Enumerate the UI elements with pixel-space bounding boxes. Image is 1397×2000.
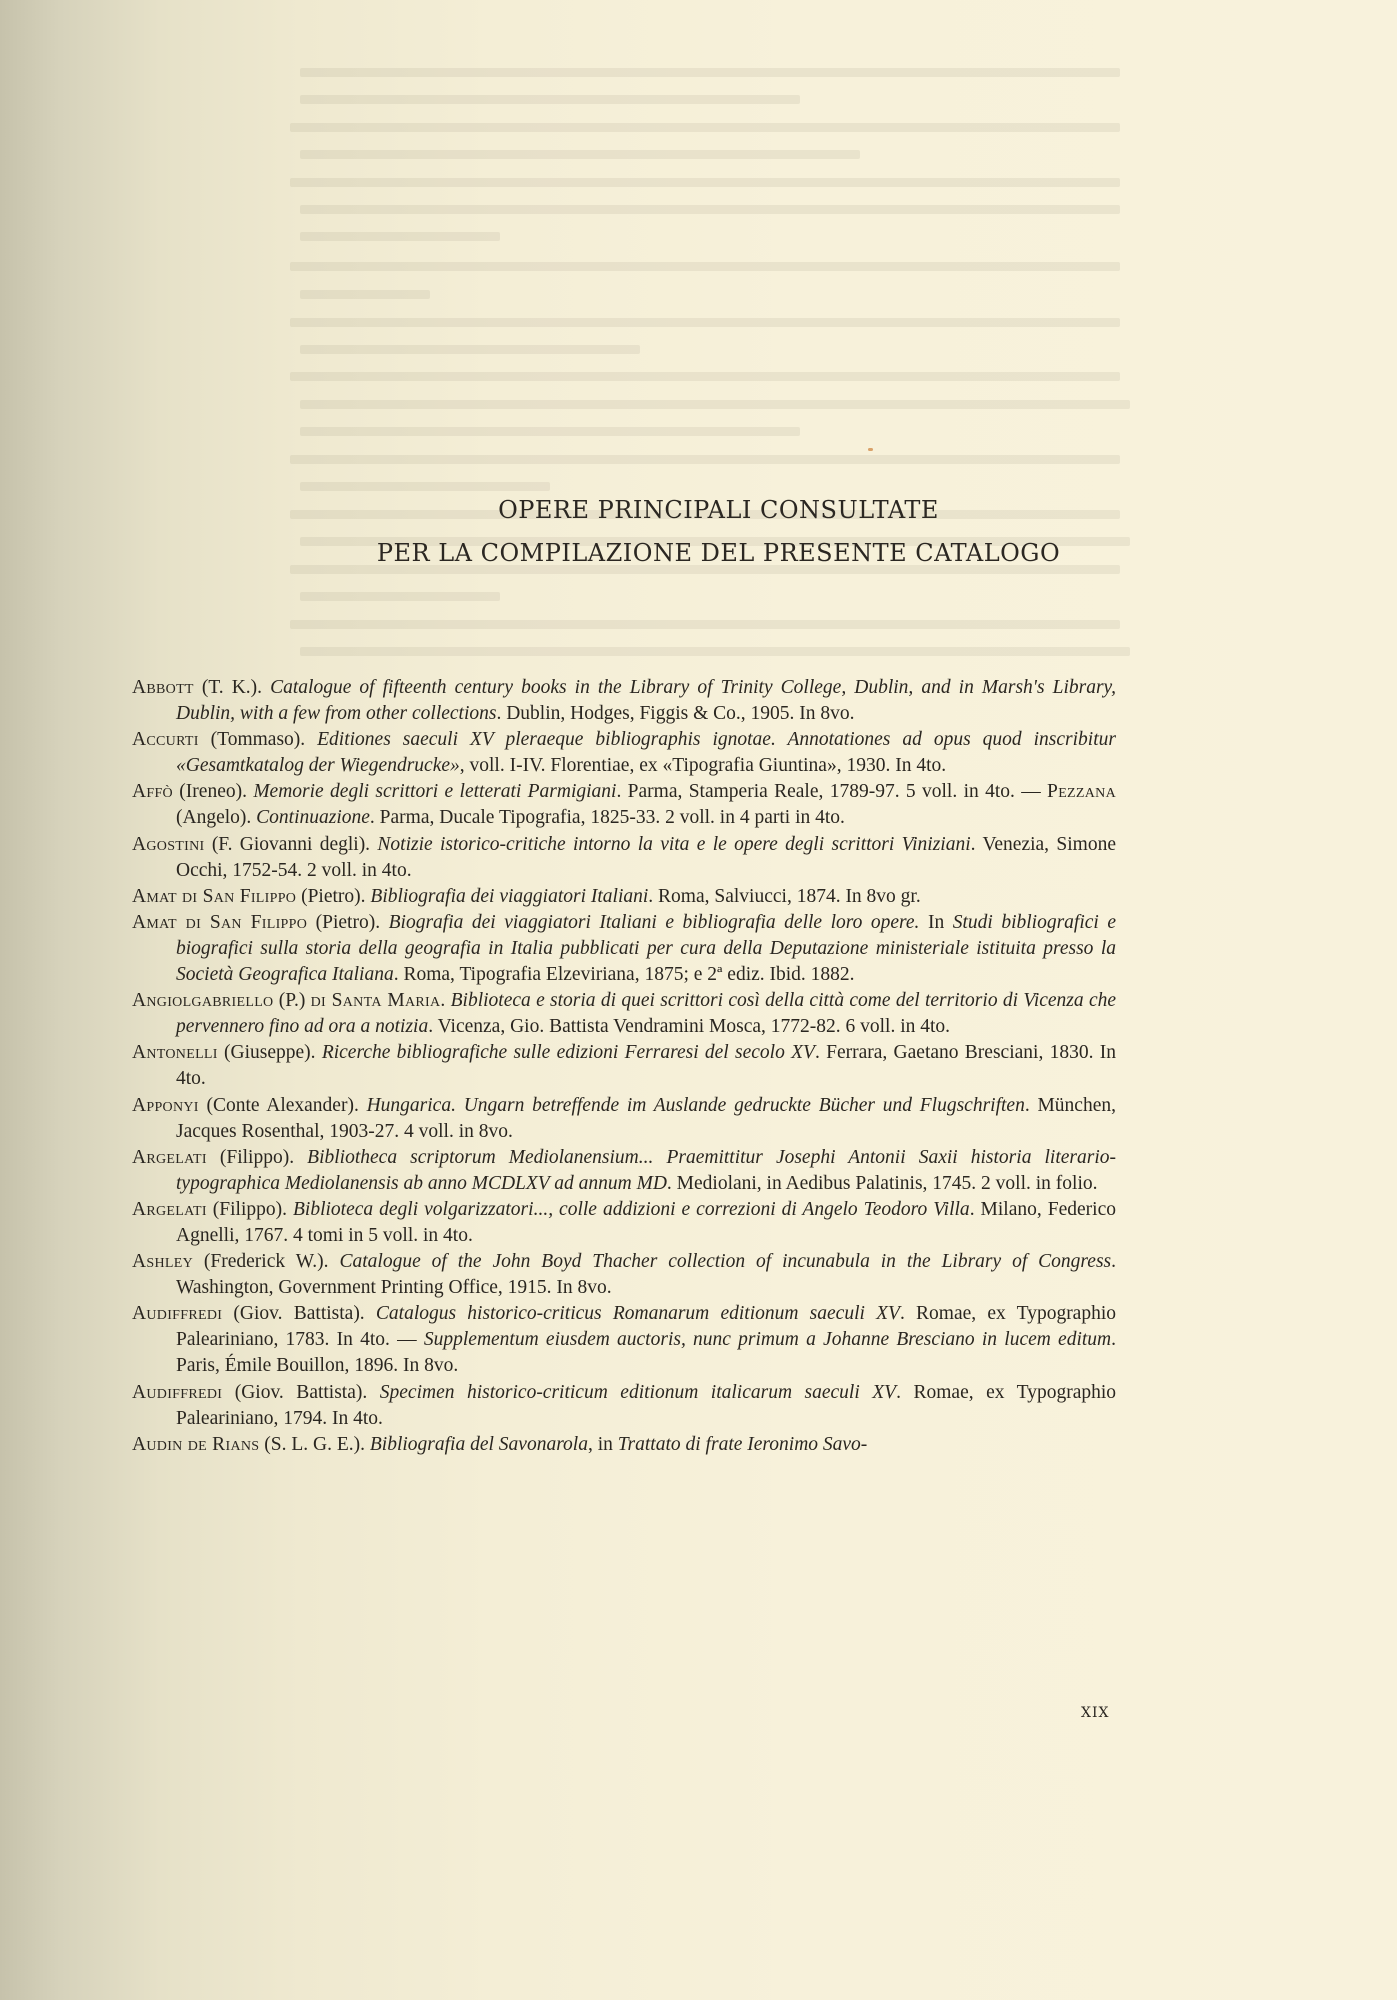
entry-author-detail: (Pietro). [307,912,388,933]
entry-author: Apponyi [132,1095,199,1116]
entry-imprint: . Mediolani, in Aedibus Palatinis, 1745.… [667,1173,1098,1194]
entry-author: Audin de Rians [132,1434,259,1455]
entry-author-detail: (Pietro). [296,886,370,907]
bibliography-entry: Audiffredi (Giov. Battista). Catalogus h… [132,1301,1116,1379]
entry-author: Accurti [132,729,199,750]
entry-author: Abbott [132,677,194,698]
page-title-line-2: PER LA COMPILAZIONE DEL PRESENTE CATALOG… [0,539,1397,567]
bibliography-entry: Ashley (Frederick W.). Catalogue of the … [132,1249,1116,1301]
entry-title: Memorie degli scrittori e letterati Parm… [253,781,616,802]
entry-secondary-author: Pezzana [1047,781,1116,802]
entry-author: Antonelli [132,1042,218,1063]
entry-secondary-imprint: . Parma, Ducale Tipografia, 1825-33. 2 v… [370,807,845,828]
entry-author-detail: (Giov. Battista). [222,1303,376,1324]
entry-imprint: . Dublin, Hodges, Figgis & Co., 1905. In… [496,703,854,724]
bibliography-entry: Amat di San Filippo (Pietro). Bibliograf… [132,884,1116,910]
bibliography-entry: Audiffredi (Giov. Battista). Specimen hi… [132,1380,1116,1432]
entry-title: Ricerche bibliografiche sulle edizioni F… [322,1042,815,1063]
entry-author: Affò [132,781,173,802]
bibliography-entry: Affò (Ireneo). Memorie degli scrittori e… [132,779,1116,831]
entry-author-detail: (Giuseppe). [218,1042,322,1063]
bibliography-entry: Angiolgabriello (P.) di Santa Maria. Bib… [132,988,1116,1040]
entry-author-detail: (Conte Alexander). [199,1095,367,1116]
entry-title: Notizie istorico-critiche intorno la vit… [377,834,970,855]
entry-title: Specimen historico-criticum editionum it… [380,1382,896,1403]
entry-author-detail: (Filippo). [207,1199,293,1220]
entry-title: Biografia dei viaggiatori Italiani e bib… [389,912,920,933]
entry-title: Bibliografia dei viaggiatori Italiani [370,886,648,907]
entry-author-detail: (Ireneo). [173,781,253,802]
entry-imprint: In [919,912,952,933]
page-number: XIX [1081,1705,1109,1721]
bibliography-entry: Amat di San Filippo (Pietro). Biografia … [132,910,1116,988]
entry-author-detail: (P.) [273,990,310,1011]
page-title-line-1: OPERE PRINCIPALI CONSULTATE [0,496,1397,524]
entry-author-detail: (Frederick W.). [193,1251,339,1272]
entry-author-detail: (Tommaso). [199,729,317,750]
entry-imprint: . Roma, Salviucci, 1874. In 8vo gr. [648,886,920,907]
entry-secondary-author: di Santa Maria [311,990,441,1011]
entry-author: Agostini [132,834,204,855]
entry-author-detail: (S. L. G. E.). [259,1434,370,1455]
entry-author-detail: (T. K.). [194,677,270,698]
bibliography-entry: Abbott (T. K.). Catalogue of fifteenth c… [132,675,1116,727]
entry-secondary-title: Continuazione [256,807,370,828]
entry-author-detail: (Angelo). [176,807,256,828]
entry-imprint: . Vicenza, Gio. Battista Vendramini Mosc… [428,1016,950,1037]
entry-author: Ashley [132,1251,193,1272]
entry-author-detail: (Filippo). [207,1147,307,1168]
entry-author: Audiffredi [132,1382,222,1403]
entry-imprint: , in [588,1434,618,1455]
entry-author-detail: (F. Giovanni degli). [204,834,377,855]
entry-imprint: . Parma, Stamperia Reale, 1789-97. 5 vol… [616,781,1047,802]
entry-secondary-title: Trattato di frate Ieronimo Savo- [618,1434,868,1455]
entry-author: Amat di San Filippo [132,886,296,907]
paper-speck [868,448,873,451]
bibliography-entry: Argelati (Filippo). Bibliotheca scriptor… [132,1145,1116,1197]
entry-imprint: , voll. I-IV. Florentiae, ex «Tipografia… [460,755,946,776]
bibliography-entry: Agostini (F. Giovanni degli). Notizie is… [132,832,1116,884]
entry-title: Hungarica. Ungarn betreffende im Ausland… [367,1095,1025,1116]
entry-author-detail: (Giov. Battista). [222,1382,380,1403]
entry-author: Audiffredi [132,1303,222,1324]
bibliography-list: Abbott (T. K.). Catalogue of fifteenth c… [132,675,1116,1458]
entry-author-detail: . [440,990,450,1011]
bibliography-entry: Apponyi (Conte Alexander). Hungarica. Un… [132,1093,1116,1145]
entry-title: Bibliografia del Savonarola [370,1434,588,1455]
entry-secondary-imprint: . Roma, Tipografia Elzeviriana, 1875; e … [394,964,855,985]
entry-title: Catalogus historico-criticus Romanarum e… [376,1303,900,1324]
bibliography-entry: Antonelli (Giuseppe). Ricerche bibliogra… [132,1040,1116,1092]
entry-author: Angiolgabriello [132,990,273,1011]
bibliography-entry: Audin de Rians (S. L. G. E.). Bibliograf… [132,1432,1116,1458]
bibliography-entry: Accurti (Tommaso). Editiones saeculi XV … [132,727,1116,779]
entry-title: Biblioteca degli volgarizzatori..., coll… [293,1199,970,1220]
entry-secondary-title: Supplementum eiusdem auctoris, nunc prim… [424,1329,1111,1350]
entry-author: Argelati [132,1199,207,1220]
bibliography-entry: Argelati (Filippo). Biblioteca degli vol… [132,1197,1116,1249]
entry-author: Amat di San Filippo [132,912,307,933]
entry-title: Catalogue of the John Boyd Thacher colle… [339,1251,1111,1272]
entry-author: Argelati [132,1147,207,1168]
